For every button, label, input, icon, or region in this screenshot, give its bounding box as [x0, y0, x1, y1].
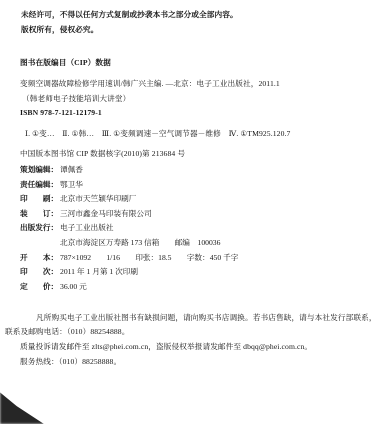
- imprint-value: 鄂卫华: [60, 178, 83, 193]
- exchange-notice-line2: 联系及邮购电话：（010）88254888。: [5, 326, 129, 337]
- imprint-value: 谭佩香: [60, 163, 83, 178]
- book-copyright-page: 未经许可，不得以任何方式复制或抄袭本书之部分或全部内容。 版权所有，侵权必究。 …: [0, 0, 375, 424]
- imprint-block: 策划编辑：谭佩香 责任编辑：鄂卫华 印 刷：北京市天竺颖华印刷厂 装 订：三河市…: [20, 163, 238, 294]
- imprint-value: 787×1092 1/16 印张：18.5 字数：450 千字: [60, 251, 238, 266]
- copyright-notice-line1: 未经许可，不得以任何方式复制或抄袭本书之部分或全部内容。: [21, 9, 238, 20]
- imprint-label: 印 次：: [20, 265, 60, 280]
- exchange-notice-line1: 凡所购买电子工业出版社图书有缺损问题，请向购买书店调换。若书店售缺，请与本社发行…: [36, 312, 375, 323]
- imprint-row-binder: 装 订：三河市鑫金马印装有限公司: [20, 207, 238, 222]
- imprint-label: 装 订：: [20, 207, 60, 222]
- imprint-row-format: 开 本：787×1092 1/16 印张：18.5 字数：450 千字: [20, 251, 238, 266]
- cip-heading: 图书在版编目（CIP）数据: [20, 57, 111, 68]
- imprint-row-responsible-editor: 责任编辑：鄂卫华: [20, 178, 238, 193]
- imprint-row-printer: 印 刷：北京市天竺颖华印刷厂: [20, 192, 238, 207]
- imprint-row-publisher: 出版发行：电子工业出版社: [20, 221, 238, 236]
- imprint-value: 三河市鑫金马印装有限公司: [60, 207, 152, 222]
- imprint-label: 定 价：: [20, 280, 60, 295]
- cip-title-line: 变频空调器故障检修学用速训/韩广兴主编. —北京：电子工业出版社，2011.1: [20, 78, 280, 89]
- quality-complaint-line: 质量投诉请发邮件至 zlts@phei.com.cn，盗版侵权举报请发邮件至 d…: [20, 341, 312, 352]
- cip-classification-line: Ⅰ. ①变… Ⅱ. ①韩… Ⅲ. ①变频调速－空气调节器－维修 Ⅳ. ①TM92…: [25, 128, 290, 139]
- imprint-value: 电子工业出版社: [60, 221, 113, 236]
- imprint-row-print-run: 印 次：2011 年 1 月第 1 次印刷: [20, 265, 238, 280]
- imprint-label: 责任编辑：: [20, 178, 60, 193]
- imprint-label: 印 刷：: [20, 192, 60, 207]
- service-hotline-line: 服务热线：（010）88258888。: [20, 356, 121, 367]
- imprint-value: 北京市天竺颖华印刷厂: [60, 192, 136, 207]
- imprint-row-planning-editor: 策划编辑：谭佩香: [20, 163, 238, 178]
- imprint-row-publisher-address: 北京市海淀区万寿路 173 信箱 邮编 100036: [20, 236, 238, 251]
- scan-corner-artifact: [0, 391, 44, 424]
- isbn-line: ISBN 978-7-121-12179-1: [20, 108, 102, 117]
- cip-record-number-line: 中国版本图书馆 CIP 数据核字(2010)第 213684 号: [20, 148, 185, 159]
- cip-series-line: （韩老师电子技能培训大讲堂）: [22, 93, 130, 104]
- imprint-label: 出版发行：: [20, 221, 60, 236]
- imprint-label: 开 本：: [20, 251, 60, 266]
- imprint-row-price: 定 价：36.00 元: [20, 280, 238, 295]
- imprint-value: 北京市海淀区万寿路 173 信箱 邮编 100036: [60, 236, 220, 251]
- copyright-notice-line2: 版权所有，侵权必究。: [21, 24, 98, 35]
- imprint-label: 策划编辑：: [20, 163, 60, 178]
- imprint-value: 36.00 元: [60, 280, 87, 295]
- imprint-value: 2011 年 1 月第 1 次印刷: [60, 265, 138, 280]
